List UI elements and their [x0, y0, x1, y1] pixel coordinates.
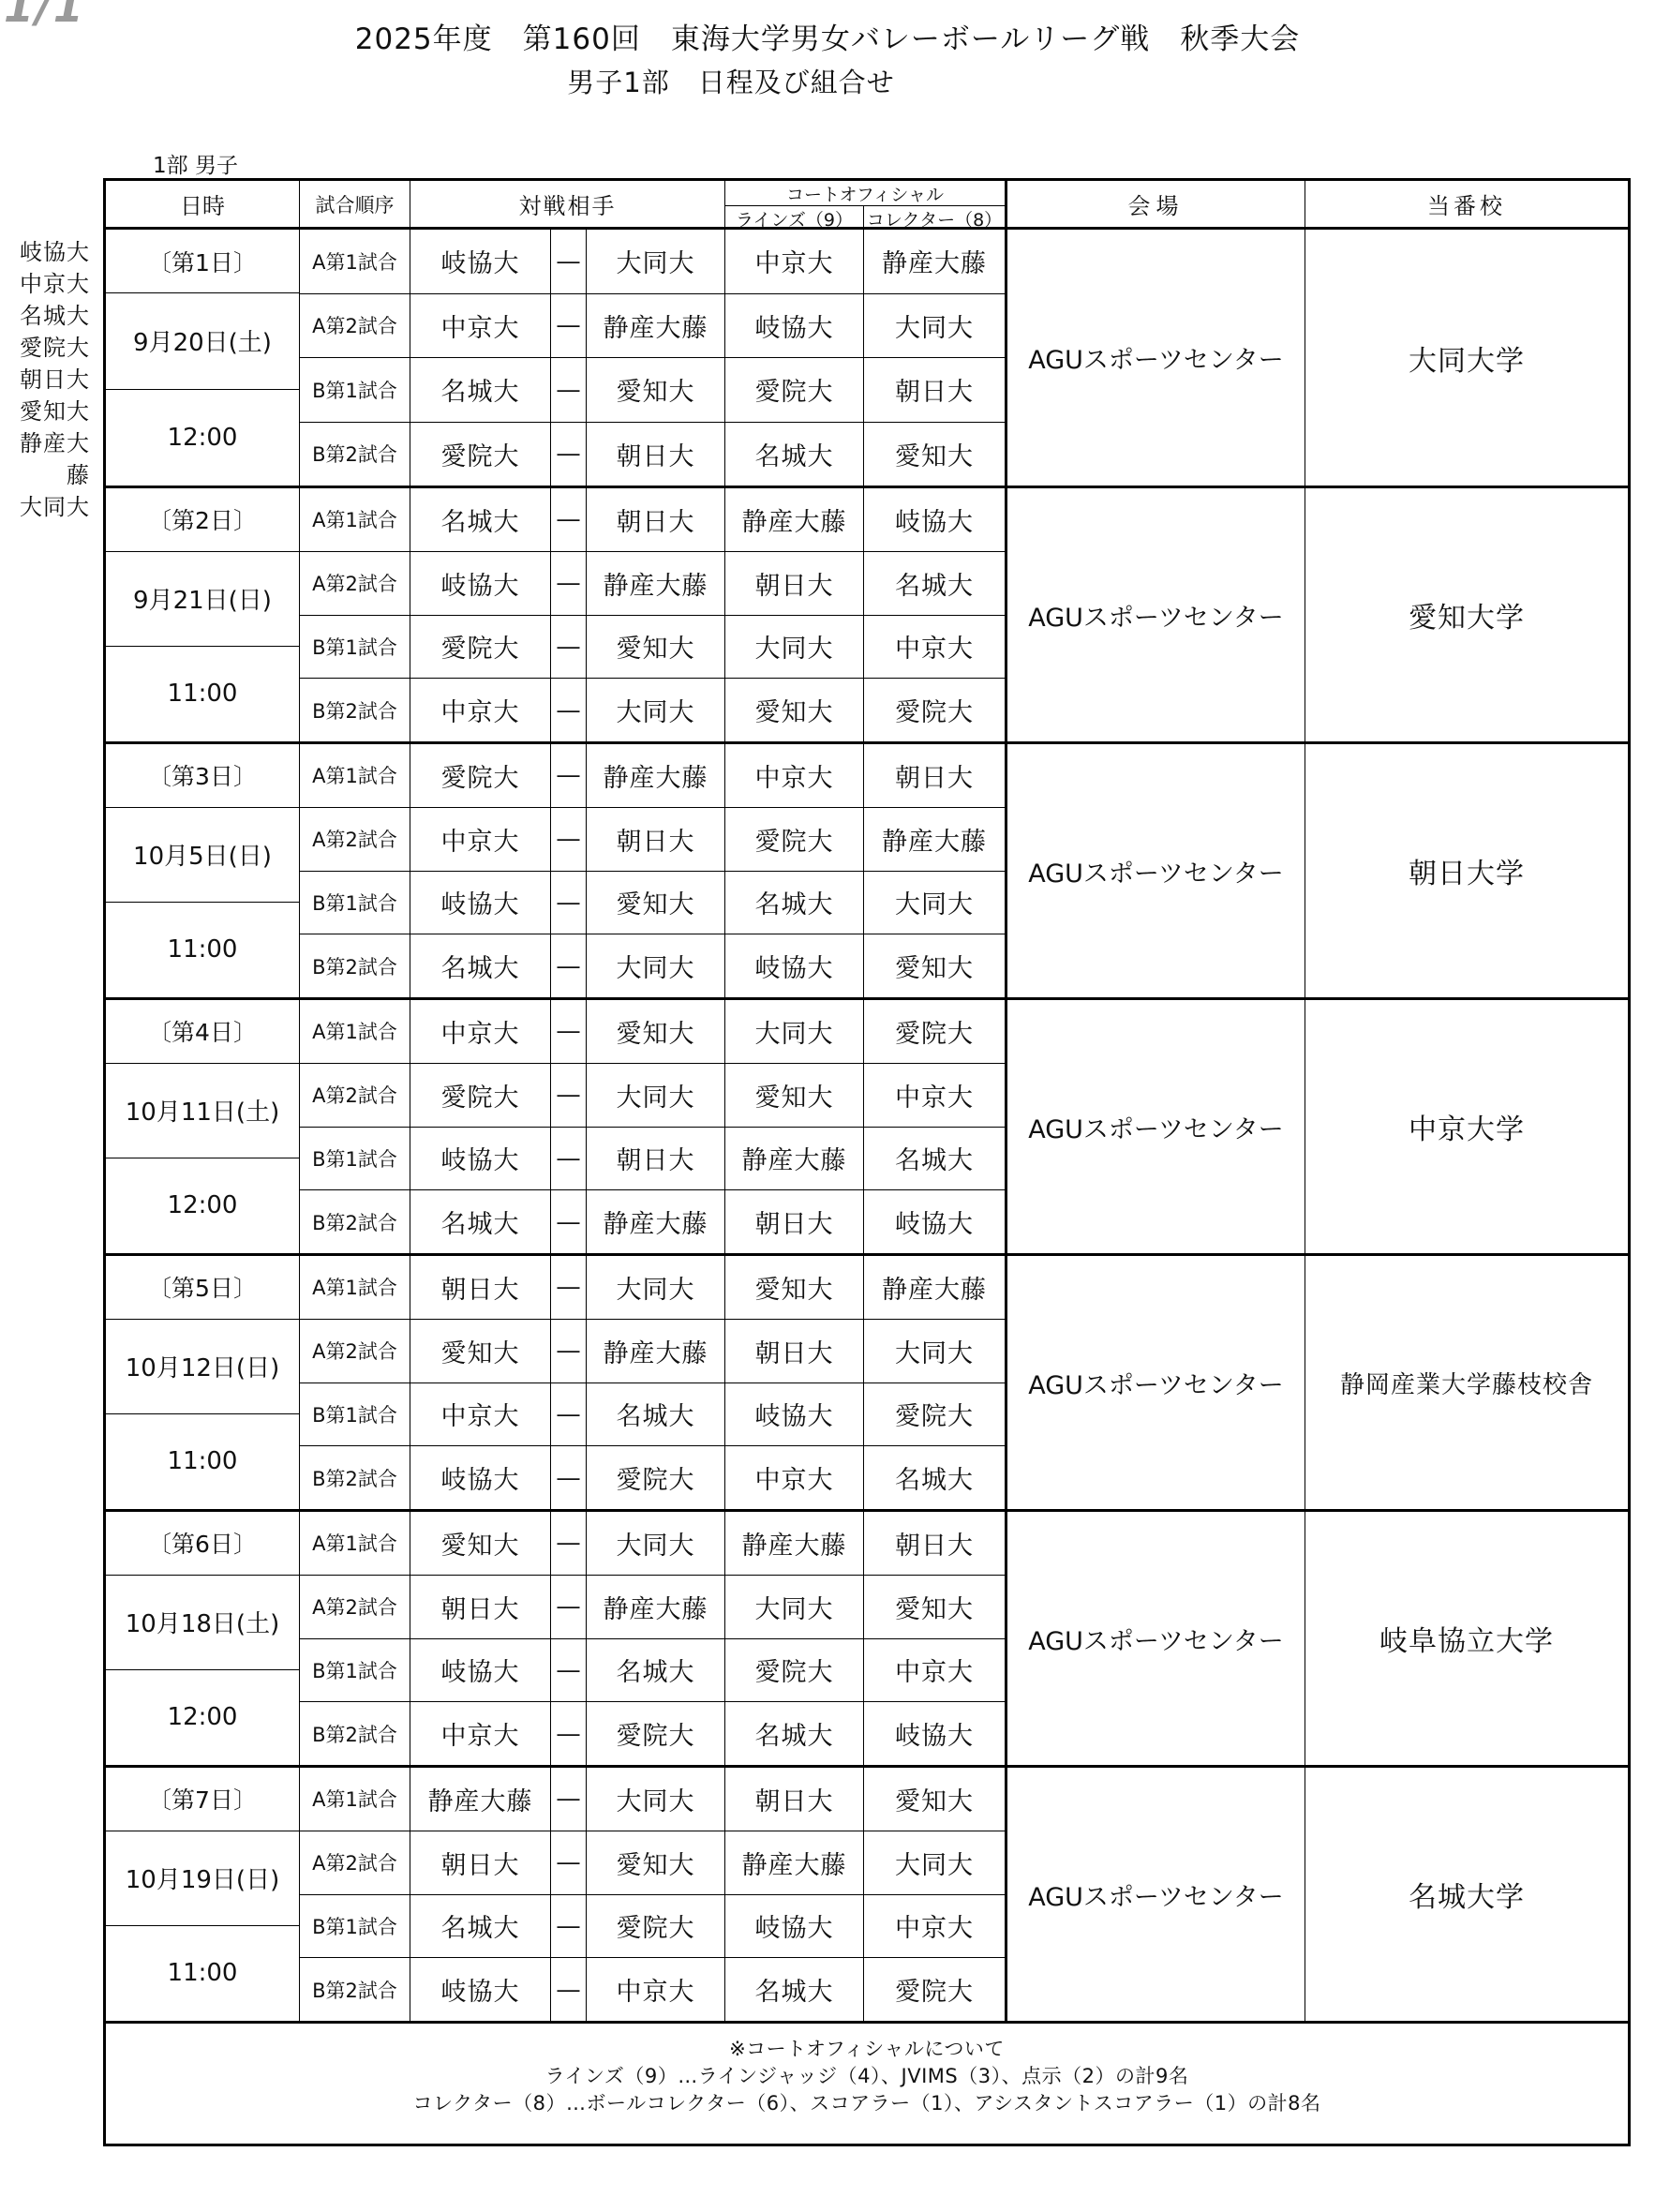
match-row: A第1試合 名城大 ― 朝日大 静産大藤 岐協大 [300, 488, 1005, 552]
vs-dash: ― [551, 872, 587, 934]
vs-dash: ― [551, 934, 587, 997]
match-order: B第1試合 [300, 1128, 410, 1190]
duty-school: 愛知大学 [1305, 488, 1628, 741]
vs-dash: ― [551, 552, 587, 615]
venue: AGUスポーツセンター [1005, 230, 1305, 486]
match-row: A第2試合 中京大 ― 朝日大 愛院大 静産大藤 [300, 808, 1005, 872]
match-team2: 大同大 [587, 230, 725, 293]
lines-team: 中京大 [725, 230, 864, 293]
match-order: A第2試合 [300, 808, 410, 871]
duty-school: 静岡産業大学藤枝校舎 [1305, 1256, 1628, 1509]
matches: A第1試合 岐協大 ― 大同大 中京大 静産大藤 A第2試合 中京大 ― 静産大… [300, 230, 1005, 486]
match-team2: 愛知大 [587, 872, 725, 934]
collector-team: 朝日大 [864, 744, 1005, 807]
document-subtitle: 男子1部 日程及び組合せ [0, 62, 1462, 100]
match-order: A第1試合 [300, 230, 410, 293]
match-team2: 大同大 [587, 1256, 725, 1319]
day-date: 10月12日(日) [106, 1320, 299, 1414]
lines-team: 岐協大 [725, 294, 864, 358]
collector-team: 中京大 [864, 616, 1005, 679]
match-order: B第1試合 [300, 616, 410, 679]
duty-school: 大同大学 [1305, 230, 1628, 486]
match-team2: 朝日大 [587, 488, 725, 551]
side-team: 名城大 [0, 300, 90, 332]
match-order: B第1試合 [300, 1895, 410, 1958]
collector-team: 岐協大 [864, 488, 1005, 551]
match-team2: 静産大藤 [587, 294, 725, 358]
day-block: 〔第6日〕 10月18日(土) 12:00 A第1試合 愛知大 ― 大同大 静産… [106, 1509, 1628, 1765]
vs-dash: ― [551, 488, 587, 551]
collector-team: 大同大 [864, 1831, 1005, 1894]
lines-team: 愛院大 [725, 808, 864, 871]
match-team1: 岐協大 [410, 230, 551, 293]
collector-team: 名城大 [864, 552, 1005, 615]
collector-team: 愛院大 [864, 1000, 1005, 1063]
note-line-3: コレクター（8）…ボールコレクター（6）、スコアラー（1）、アシスタントスコアラ… [106, 2090, 1628, 2117]
match-team2: 名城大 [587, 1639, 725, 1702]
match-row: B第1試合 愛院大 ― 愛知大 大同大 中京大 [300, 616, 1005, 680]
day-time: 11:00 [106, 903, 299, 997]
match-team1: 岐協大 [410, 1639, 551, 1702]
collector-team: 岐協大 [864, 1702, 1005, 1765]
match-team1: 名城大 [410, 488, 551, 551]
header-opponents: 対戦相手 [410, 181, 725, 227]
side-team: 朝日大 [0, 364, 90, 396]
match-order: B第1試合 [300, 872, 410, 934]
datetime-column: 〔第4日〕 10月11日(土) 12:00 [106, 1000, 300, 1253]
match-order: A第1試合 [300, 1768, 410, 1831]
lines-team: 静産大藤 [725, 1512, 864, 1575]
match-team1: 中京大 [410, 808, 551, 871]
matches: A第1試合 中京大 ― 愛知大 大同大 愛院大 A第2試合 愛院大 ― 大同大 … [300, 1000, 1005, 1253]
court-official-note: ※コートオフィシャルについて ラインズ（9）…ラインジャッジ（4）、JVIMS（… [106, 2021, 1628, 2144]
day-label: 〔第1日〕 [106, 230, 299, 293]
vs-dash: ― [551, 1446, 587, 1509]
match-order: A第2試合 [300, 294, 410, 358]
match-team1: 朝日大 [410, 1831, 551, 1894]
vs-dash: ― [551, 1064, 587, 1127]
match-row: A第1試合 愛院大 ― 静産大藤 中京大 朝日大 [300, 744, 1005, 808]
match-row: B第1試合 岐協大 ― 名城大 愛院大 中京大 [300, 1639, 1005, 1703]
vs-dash: ― [551, 1383, 587, 1446]
side-team: 岐協大 [0, 236, 90, 268]
document-page: 1/1 2025年度 第160回 東海大学男女バレーボールリーグ戦 秋季大会 男… [0, 0, 1655, 2212]
collector-team: 愛知大 [864, 934, 1005, 997]
venue: AGUスポーツセンター [1005, 1768, 1305, 2021]
match-team2: 静産大藤 [587, 1320, 725, 1382]
match-team1: 中京大 [410, 1000, 551, 1063]
duty-school: 中京大学 [1305, 1000, 1628, 1253]
match-row: B第1試合 中京大 ― 名城大 岐協大 愛院大 [300, 1383, 1005, 1447]
match-team2: 愛院大 [587, 1895, 725, 1958]
day-date: 9月21日(日) [106, 552, 299, 647]
day-block: 〔第4日〕 10月11日(土) 12:00 A第1試合 中京大 ― 愛知大 大同… [106, 997, 1628, 1253]
lines-team: 静産大藤 [725, 1128, 864, 1190]
day-label: 〔第5日〕 [106, 1256, 299, 1320]
lines-team: 名城大 [725, 1958, 864, 2021]
vs-dash: ― [551, 1831, 587, 1894]
match-team1: 岐協大 [410, 872, 551, 934]
vs-dash: ― [551, 616, 587, 679]
lines-team: 静産大藤 [725, 1831, 864, 1894]
header-lines: ラインズ（9） [725, 206, 864, 232]
match-row: A第1試合 愛知大 ― 大同大 静産大藤 朝日大 [300, 1512, 1005, 1576]
venue: AGUスポーツセンター [1005, 1256, 1305, 1509]
lines-team: 愛知大 [725, 679, 864, 741]
datetime-column: 〔第3日〕 10月5日(日) 11:00 [106, 744, 300, 997]
lines-team: 岐協大 [725, 1383, 864, 1446]
match-team1: 岐協大 [410, 552, 551, 615]
vs-dash: ― [551, 1895, 587, 1958]
collector-team: 名城大 [864, 1128, 1005, 1190]
collector-team: 静産大藤 [864, 808, 1005, 871]
vs-dash: ― [551, 1256, 587, 1319]
vs-dash: ― [551, 1702, 587, 1765]
collector-team: 愛院大 [864, 1383, 1005, 1446]
match-team1: 朝日大 [410, 1576, 551, 1638]
collector-team: 大同大 [864, 294, 1005, 358]
match-row: A第1試合 中京大 ― 愛知大 大同大 愛院大 [300, 1000, 1005, 1064]
match-team1: 愛院大 [410, 423, 551, 486]
match-team1: 朝日大 [410, 1256, 551, 1319]
match-row: B第1試合 岐協大 ― 愛知大 名城大 大同大 [300, 872, 1005, 935]
match-row: B第2試合 名城大 ― 大同大 岐協大 愛知大 [300, 934, 1005, 997]
match-order: B第1試合 [300, 1639, 410, 1702]
day-date: 10月19日(日) [106, 1831, 299, 1926]
match-order: B第2試合 [300, 1958, 410, 2021]
day-block: 〔第5日〕 10月12日(日) 11:00 A第1試合 朝日大 ― 大同大 愛知… [106, 1253, 1628, 1509]
vs-dash: ― [551, 679, 587, 741]
vs-dash: ― [551, 1320, 587, 1382]
collector-team: 朝日大 [864, 358, 1005, 422]
match-team1: 名城大 [410, 1895, 551, 1958]
datetime-column: 〔第1日〕 9月20日(土) 12:00 [106, 230, 300, 486]
match-team1: 名城大 [410, 1190, 551, 1253]
lines-team: 名城大 [725, 1702, 864, 1765]
match-row: B第2試合 岐協大 ― 中京大 名城大 愛院大 [300, 1958, 1005, 2021]
vs-dash: ― [551, 423, 587, 486]
lines-team: 大同大 [725, 1576, 864, 1638]
day-date: 9月20日(土) [106, 293, 299, 389]
side-team-list: 岐協大 中京大 名城大 愛院大 朝日大 愛知大 静産大藤 大同大 [0, 236, 90, 523]
day-label: 〔第6日〕 [106, 1512, 299, 1576]
match-team1: 愛院大 [410, 1064, 551, 1127]
collector-team: 岐協大 [864, 1190, 1005, 1253]
venue: AGUスポーツセンター [1005, 1512, 1305, 1765]
match-row: A第2試合 愛知大 ― 静産大藤 朝日大 大同大 [300, 1320, 1005, 1383]
match-row: A第2試合 岐協大 ― 静産大藤 朝日大 名城大 [300, 552, 1005, 616]
match-order: A第1試合 [300, 1000, 410, 1063]
day-block: 〔第1日〕 9月20日(土) 12:00 A第1試合 岐協大 ― 大同大 中京大… [106, 230, 1628, 486]
header-datetime: 日時 [106, 181, 300, 227]
collector-team: 大同大 [864, 872, 1005, 934]
collector-team: 愛知大 [864, 1576, 1005, 1638]
lines-team: 朝日大 [725, 552, 864, 615]
match-team1: 愛知大 [410, 1320, 551, 1382]
match-team2: 静産大藤 [587, 1190, 725, 1253]
header-match-order: 試合順序 [300, 181, 410, 227]
side-team: 大同大 [0, 491, 90, 523]
duty-school: 朝日大学 [1305, 744, 1628, 997]
header-venue: 会場 [1005, 181, 1305, 227]
vs-dash: ― [551, 1000, 587, 1063]
day-date: 10月18日(土) [106, 1576, 299, 1670]
header-collector: コレクター（8） [864, 206, 1005, 232]
match-team1: 中京大 [410, 1702, 551, 1765]
match-order: B第1試合 [300, 1383, 410, 1446]
match-team1: 愛院大 [410, 744, 551, 807]
match-order: B第1試合 [300, 358, 410, 422]
matches: A第1試合 愛院大 ― 静産大藤 中京大 朝日大 A第2試合 中京大 ― 朝日大… [300, 744, 1005, 997]
side-team: 静産大藤 [0, 427, 90, 491]
collector-team: 朝日大 [864, 1512, 1005, 1575]
duty-school: 岐阜協立大学 [1305, 1512, 1628, 1765]
match-row: A第1試合 静産大藤 ― 大同大 朝日大 愛知大 [300, 1768, 1005, 1831]
match-team2: 大同大 [587, 934, 725, 997]
header-court-official-group: コートオフィシャル ラインズ（9） コレクター（8） [725, 181, 1005, 227]
match-order: A第2試合 [300, 1320, 410, 1382]
lines-team: 愛知大 [725, 1256, 864, 1319]
schedule-table: 日時 試合順序 対戦相手 コートオフィシャル ラインズ（9） コレクター（8） … [103, 178, 1631, 2146]
vs-dash: ― [551, 1190, 587, 1253]
match-team2: 静産大藤 [587, 1576, 725, 1638]
match-team2: 朝日大 [587, 808, 725, 871]
match-order: A第2試合 [300, 552, 410, 615]
match-row: B第2試合 愛院大 ― 朝日大 名城大 愛知大 [300, 423, 1005, 486]
lines-team: 朝日大 [725, 1320, 864, 1382]
note-line-2: ラインズ（9）…ラインジャッジ（4）、JVIMS（3）、点示（2）の計9名 [106, 2063, 1628, 2090]
day-time: 12:00 [106, 1158, 299, 1253]
lines-team: 愛知大 [725, 1064, 864, 1127]
day-label: 〔第3日〕 [106, 744, 299, 808]
day-label: 〔第4日〕 [106, 1000, 299, 1064]
match-row: A第2試合 朝日大 ― 静産大藤 大同大 愛知大 [300, 1576, 1005, 1639]
lines-team: 大同大 [725, 1000, 864, 1063]
match-order: B第2試合 [300, 679, 410, 741]
day-date: 10月11日(土) [106, 1064, 299, 1158]
match-team1: 名城大 [410, 934, 551, 997]
match-team2: 静産大藤 [587, 744, 725, 807]
collector-team: 大同大 [864, 1320, 1005, 1382]
match-row: B第1試合 名城大 ― 愛知大 愛院大 朝日大 [300, 358, 1005, 423]
vs-dash: ― [551, 1768, 587, 1831]
match-team1: 名城大 [410, 358, 551, 422]
match-row: A第1試合 岐協大 ― 大同大 中京大 静産大藤 [300, 230, 1005, 294]
match-team1: 中京大 [410, 679, 551, 741]
vs-dash: ― [551, 1512, 587, 1575]
collector-team: 中京大 [864, 1895, 1005, 1958]
day-time: 11:00 [106, 1414, 299, 1509]
match-order: A第1試合 [300, 1256, 410, 1319]
match-team2: 朝日大 [587, 423, 725, 486]
match-team2: 愛知大 [587, 616, 725, 679]
matches: A第1試合 朝日大 ― 大同大 愛知大 静産大藤 A第2試合 愛知大 ― 静産大… [300, 1256, 1005, 1509]
match-order: B第2試合 [300, 1190, 410, 1253]
datetime-column: 〔第5日〕 10月12日(日) 11:00 [106, 1256, 300, 1509]
match-order: A第1試合 [300, 744, 410, 807]
lines-team: 朝日大 [725, 1190, 864, 1253]
collector-team: 愛院大 [864, 679, 1005, 741]
match-row: B第2試合 岐協大 ― 愛院大 中京大 名城大 [300, 1446, 1005, 1509]
matches: A第1試合 静産大藤 ― 大同大 朝日大 愛知大 A第2試合 朝日大 ― 愛知大… [300, 1768, 1005, 2021]
venue: AGUスポーツセンター [1005, 1000, 1305, 1253]
match-team2: 愛院大 [587, 1446, 725, 1509]
lines-team: 岐協大 [725, 1895, 864, 1958]
vs-dash: ― [551, 1639, 587, 1702]
match-team1: 中京大 [410, 294, 551, 358]
day-date: 10月5日(日) [106, 808, 299, 903]
match-team1: 中京大 [410, 1383, 551, 1446]
datetime-column: 〔第2日〕 9月21日(日) 11:00 [106, 488, 300, 741]
venue: AGUスポーツセンター [1005, 744, 1305, 997]
match-team2: 愛院大 [587, 1702, 725, 1765]
collector-team: 愛知大 [864, 423, 1005, 486]
lines-team: 名城大 [725, 872, 864, 934]
matches: A第1試合 愛知大 ― 大同大 静産大藤 朝日大 A第2試合 朝日大 ― 静産大… [300, 1512, 1005, 1765]
collector-team: 中京大 [864, 1639, 1005, 1702]
day-time: 11:00 [106, 1926, 299, 2021]
vs-dash: ― [551, 744, 587, 807]
match-team2: 愛知大 [587, 1000, 725, 1063]
match-team2: 大同大 [587, 1512, 725, 1575]
collector-team: 愛院大 [864, 1958, 1005, 2021]
document-title: 2025年度 第160回 東海大学男女バレーボールリーグ戦 秋季大会 [0, 15, 1655, 57]
match-team1: 岐協大 [410, 1958, 551, 2021]
lines-team: 名城大 [725, 423, 864, 486]
header-court-official: コートオフィシャル [725, 181, 1005, 206]
day-block: 〔第3日〕 10月5日(日) 11:00 A第1試合 愛院大 ― 静産大藤 中京… [106, 741, 1628, 997]
day-label: 〔第2日〕 [106, 488, 299, 552]
match-row: B第2試合 名城大 ― 静産大藤 朝日大 岐協大 [300, 1190, 1005, 1253]
match-row: B第1試合 名城大 ― 愛院大 岐協大 中京大 [300, 1895, 1005, 1959]
vs-dash: ― [551, 230, 587, 293]
match-order: A第2試合 [300, 1576, 410, 1638]
match-team2: 名城大 [587, 1383, 725, 1446]
day-time: 12:00 [106, 1670, 299, 1765]
vs-dash: ― [551, 1576, 587, 1638]
match-team1: 静産大藤 [410, 1768, 551, 1831]
side-team: 愛院大 [0, 332, 90, 364]
collector-team: 名城大 [864, 1446, 1005, 1509]
vs-dash: ― [551, 1128, 587, 1190]
match-team2: 愛知大 [587, 1831, 725, 1894]
datetime-column: 〔第7日〕 10月19日(日) 11:00 [106, 1768, 300, 2021]
collector-team: 愛知大 [864, 1768, 1005, 1831]
day-block: 〔第7日〕 10月19日(日) 11:00 A第1試合 静産大藤 ― 大同大 朝… [106, 1765, 1628, 2021]
match-order: B第2試合 [300, 423, 410, 486]
day-time: 11:00 [106, 647, 299, 741]
lines-team: 愛院大 [725, 358, 864, 422]
vs-dash: ― [551, 294, 587, 358]
day-time: 12:00 [106, 390, 299, 486]
duty-school: 名城大学 [1305, 1768, 1628, 2021]
header-duty-school: 当番校 [1305, 181, 1628, 227]
match-row: A第1試合 朝日大 ― 大同大 愛知大 静産大藤 [300, 1256, 1005, 1320]
vs-dash: ― [551, 1958, 587, 2021]
datetime-column: 〔第6日〕 10月18日(土) 12:00 [106, 1512, 300, 1765]
match-row: A第2試合 朝日大 ― 愛知大 静産大藤 大同大 [300, 1831, 1005, 1895]
collector-team: 静産大藤 [864, 230, 1005, 293]
match-team1: 岐協大 [410, 1446, 551, 1509]
match-row: A第2試合 愛院大 ― 大同大 愛知大 中京大 [300, 1064, 1005, 1128]
matches: A第1試合 名城大 ― 朝日大 静産大藤 岐協大 A第2試合 岐協大 ― 静産大… [300, 488, 1005, 741]
vs-dash: ― [551, 808, 587, 871]
table-label: 1部 男子 [153, 148, 238, 179]
match-order: B第2試合 [300, 934, 410, 997]
match-team2: 朝日大 [587, 1128, 725, 1190]
day-block: 〔第2日〕 9月21日(日) 11:00 A第1試合 名城大 ― 朝日大 静産大… [106, 486, 1628, 741]
day-label: 〔第7日〕 [106, 1768, 299, 1831]
collector-team: 静産大藤 [864, 1256, 1005, 1319]
lines-team: 中京大 [725, 1446, 864, 1509]
lines-team: 岐協大 [725, 934, 864, 997]
match-team2: 中京大 [587, 1958, 725, 2021]
vs-dash: ― [551, 358, 587, 422]
side-team: 中京大 [0, 268, 90, 300]
match-team2: 大同大 [587, 1768, 725, 1831]
lines-team: 大同大 [725, 616, 864, 679]
match-team1: 愛知大 [410, 1512, 551, 1575]
match-order: B第2試合 [300, 1702, 410, 1765]
lines-team: 朝日大 [725, 1768, 864, 1831]
match-team2: 大同大 [587, 1064, 725, 1127]
match-order: A第1試合 [300, 488, 410, 551]
match-row: B第2試合 中京大 ― 愛院大 名城大 岐協大 [300, 1702, 1005, 1765]
venue: AGUスポーツセンター [1005, 488, 1305, 741]
match-team2: 大同大 [587, 679, 725, 741]
match-team2: 静産大藤 [587, 552, 725, 615]
match-row: B第1試合 岐協大 ― 朝日大 静産大藤 名城大 [300, 1128, 1005, 1191]
side-team: 愛知大 [0, 396, 90, 427]
note-line-1: ※コートオフィシャルについて [106, 2036, 1628, 2063]
table-header: 日時 試合順序 対戦相手 コートオフィシャル ラインズ（9） コレクター（8） … [106, 181, 1628, 230]
collector-team: 中京大 [864, 1064, 1005, 1127]
lines-team: 中京大 [725, 744, 864, 807]
match-order: A第2試合 [300, 1831, 410, 1894]
match-row: A第2試合 中京大 ― 静産大藤 岐協大 大同大 [300, 294, 1005, 359]
match-team2: 愛知大 [587, 358, 725, 422]
match-team1: 岐協大 [410, 1128, 551, 1190]
lines-team: 愛院大 [725, 1639, 864, 1702]
lines-team: 静産大藤 [725, 488, 864, 551]
match-order: A第2試合 [300, 1064, 410, 1127]
match-order: B第2試合 [300, 1446, 410, 1509]
match-order: A第1試合 [300, 1512, 410, 1575]
match-row: B第2試合 中京大 ― 大同大 愛知大 愛院大 [300, 679, 1005, 741]
match-team1: 愛院大 [410, 616, 551, 679]
